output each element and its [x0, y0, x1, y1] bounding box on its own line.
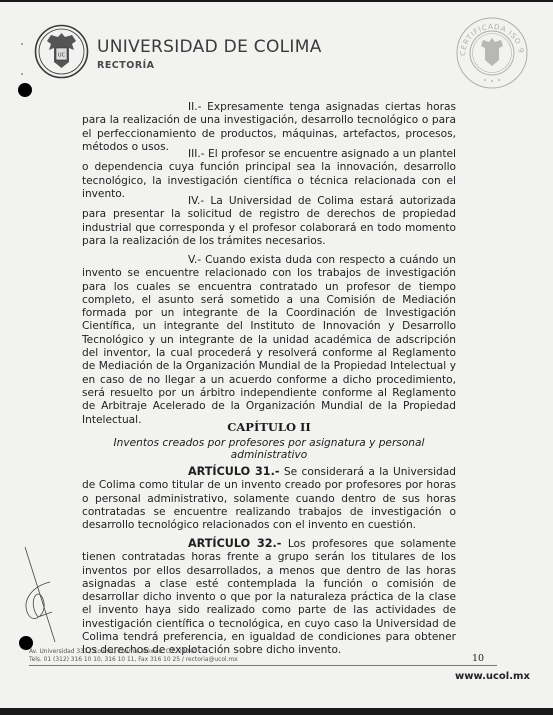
- document-page: UC UNIVERSIDAD DE COLIMA RECTORÍA CERTIF…: [0, 2, 553, 708]
- svg-text:UC: UC: [58, 53, 66, 59]
- footer-divider: [29, 665, 497, 666]
- punch-hole-top: [18, 83, 32, 97]
- article-title: ARTÍCULO 32.-: [188, 537, 281, 550]
- university-crest-logo: UC: [34, 24, 89, 79]
- chapter-subtitle: Inventos creados por profesores por asig…: [82, 437, 456, 461]
- chapter-title: CAPÍTULO II: [82, 420, 456, 434]
- page-number: 10: [472, 653, 484, 664]
- article-title: ARTÍCULO 31.-: [188, 465, 279, 478]
- contact-line: Tels. 01 (312) 316 10 10, 316 10 11, Fax…: [29, 657, 238, 665]
- paragraph-iv: IV.- La Universidad de Colima estará aut…: [82, 195, 456, 248]
- footer-address: Av. Universidad 333 / Colima, Colima, Mé…: [29, 649, 238, 664]
- paragraph-label: III.-: [188, 148, 205, 160]
- address-line: Av. Universidad 333 / Colima, Colima, Mé…: [29, 649, 238, 657]
- website-link[interactable]: www.ucol.mx: [455, 671, 530, 682]
- paragraph-ii: II.- Expresamente tenga asignadas cierta…: [82, 101, 456, 154]
- paragraph-text: La Universidad de Colima estará autoriza…: [82, 195, 456, 247]
- scan-speck: [21, 43, 23, 45]
- department-name: RECTORÍA: [97, 60, 155, 71]
- paragraph-v: V.- Cuando exista duda con respecto a cu…: [82, 254, 456, 427]
- paragraph-label: IV.-: [188, 195, 204, 207]
- paragraph-iii: III.- El profesor se encuentre asignado …: [82, 148, 456, 201]
- paragraph-text: El profesor se encuentre asignado a un p…: [82, 148, 456, 200]
- article-31: ARTÍCULO 31.- Se considerará a la Univer…: [82, 465, 456, 532]
- paragraph-label: V.-: [188, 254, 201, 266]
- paragraph-text: Expresamente tenga asignadas ciertas hor…: [82, 101, 456, 153]
- scan-speck: [21, 73, 23, 75]
- paragraph-label: II.-: [188, 101, 201, 113]
- iso-certification-seal: CERTIFICADA ISO 9001:2000: [455, 16, 529, 90]
- handwritten-signature: [20, 542, 60, 647]
- institution-name: UNIVERSIDAD DE COLIMA: [97, 37, 322, 57]
- article-32: ARTÍCULO 32.- Los profesores que solamen…: [82, 537, 456, 658]
- article-text: Los profesores que solamente tienen cont…: [82, 538, 456, 656]
- paragraph-text: Cuando exista duda con respecto a cuándo…: [82, 254, 456, 426]
